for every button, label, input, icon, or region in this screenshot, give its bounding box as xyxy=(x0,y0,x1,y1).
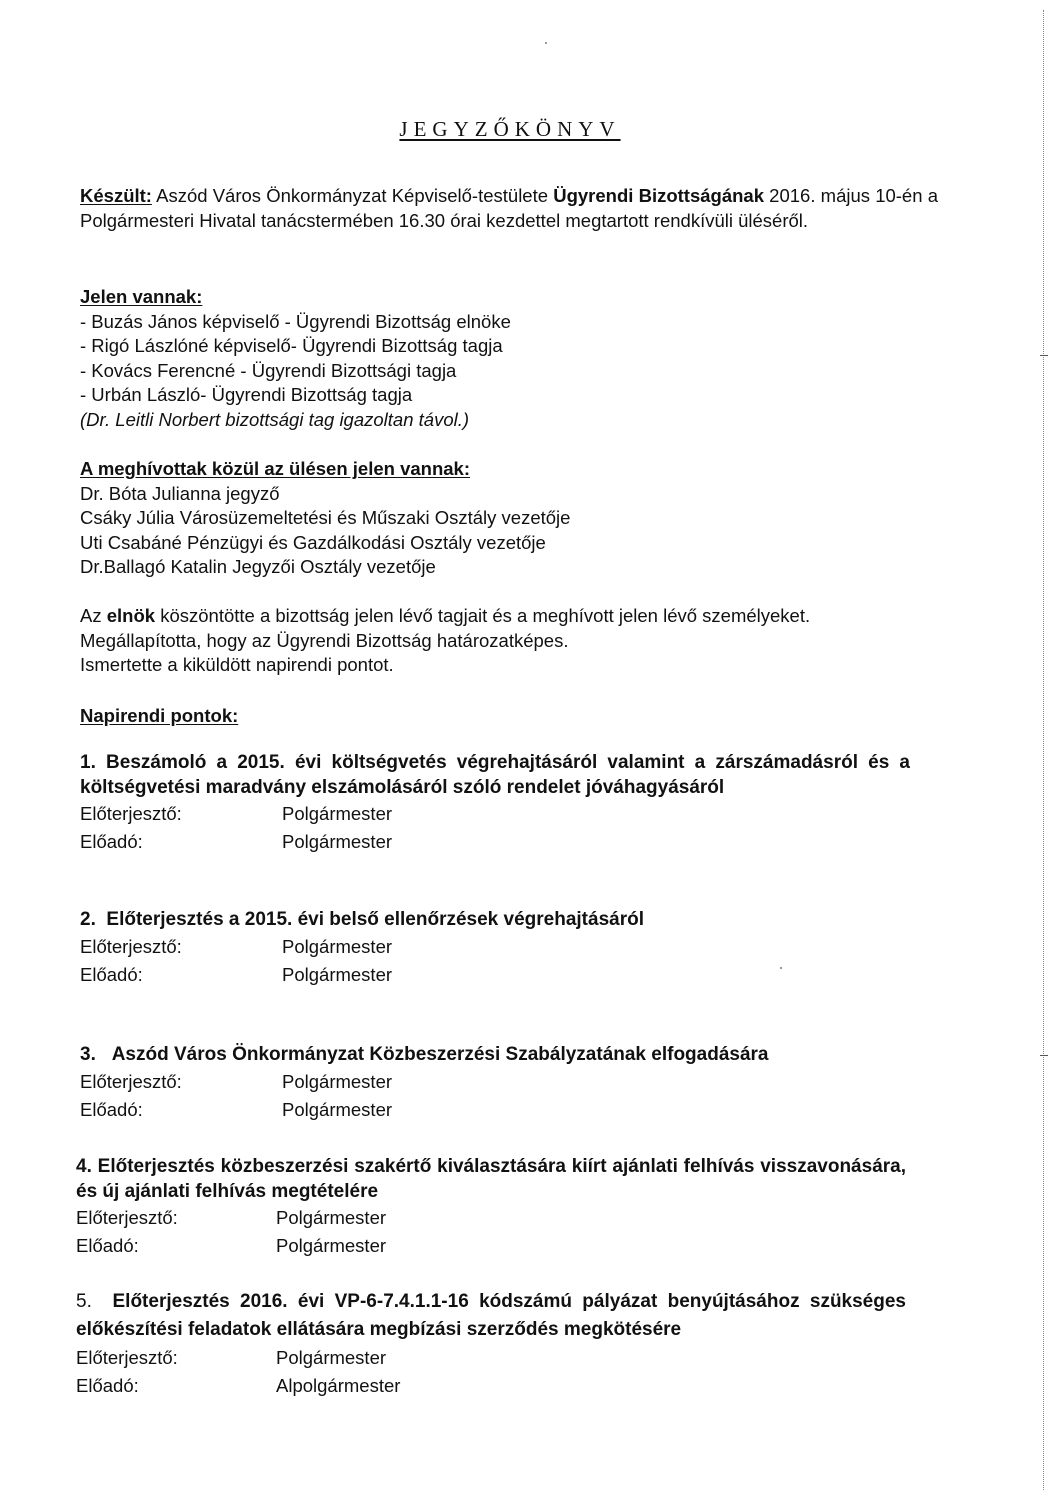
agenda-item-title: 4. Előterjesztés közbeszerzési szakértő … xyxy=(76,1155,906,1204)
presenter-label: Előterjesztő: xyxy=(76,1204,276,1232)
agenda-heading: Napirendi pontok: xyxy=(80,705,238,726)
presenter-value: Polgármester xyxy=(276,1204,386,1232)
invited-person: Uti Csabáné Pénzügyi és Gazdálkodási Osz… xyxy=(80,531,938,556)
opening-text: Az xyxy=(80,605,107,626)
present-member: - Buzás János képviselő - Ügyrendi Bizot… xyxy=(80,310,938,335)
scan-edge-tick xyxy=(1040,1055,1048,1056)
invited-heading: A meghívottak közül az ülésen jelen vann… xyxy=(80,457,470,482)
presenter-value: Polgármester xyxy=(282,1068,392,1096)
scan-edge-tick xyxy=(1040,355,1048,356)
opening-line-1: Az elnök köszöntötte a bizottság jelen l… xyxy=(80,604,938,629)
intro-paragraph: Készült: Aszód Város Önkormányzat Képvis… xyxy=(80,184,938,233)
presenter-value: Polgármester xyxy=(282,800,392,828)
presenter-row: Előterjesztő:Polgármester xyxy=(80,1068,938,1096)
presenter-label: Előterjesztő: xyxy=(80,933,282,961)
speaker-label: Előadó: xyxy=(80,828,282,856)
presenter-value: Polgármester xyxy=(276,1344,386,1372)
speaker-row: Előadó:Polgármester xyxy=(80,828,938,856)
speaker-value: Polgármester xyxy=(282,961,392,989)
opening-line-3: Ismertette a kiküldött napirendi pontot. xyxy=(80,653,938,678)
presenter-row: Előterjesztő:Polgármester xyxy=(76,1204,934,1232)
invited-section: A meghívottak közül az ülésen jelen vann… xyxy=(80,457,938,580)
intro-text-1: Aszód Város Önkormányzat Képviselő-testü… xyxy=(152,185,553,206)
agenda-item-5: 5. Előterjesztés 2016. évi VP-6-7.4.1.1-… xyxy=(76,1288,934,1400)
agenda-item-number: 3. xyxy=(80,1044,96,1065)
absent-note: (Dr. Leitli Norbert bizottsági tag igazo… xyxy=(80,408,938,433)
presenter-row: Előterjesztő:Polgármester xyxy=(80,933,938,961)
document-title: JEGYZŐKÖNYV xyxy=(0,117,1020,142)
speaker-row: Előadó:Alpolgármester xyxy=(76,1372,934,1400)
agenda-item-title: 1. Beszámoló a 2015. évi költségvetés vé… xyxy=(80,751,910,800)
speaker-value: Alpolgármester xyxy=(276,1372,400,1400)
opening-section: Az elnök köszöntötte a bizottság jelen l… xyxy=(80,604,938,678)
agenda-item-3: 3. Aszód Város Önkormányzat Közbeszerzés… xyxy=(80,1043,938,1124)
agenda-item-number: 1. xyxy=(80,752,96,773)
agenda-item-1: 1. Beszámoló a 2015. évi költségvetés vé… xyxy=(80,751,938,856)
agenda-heading-wrap: Napirendi pontok: xyxy=(80,704,938,729)
agenda-item-number: 2. xyxy=(80,909,96,930)
document-page: JEGYZŐKÖNYV Készült: Aszód Város Önkormá… xyxy=(0,0,1060,1497)
agenda-item-text: Előterjesztés a 2015. évi belső ellenőrz… xyxy=(106,909,644,930)
agenda-item-title: 5. Előterjesztés 2016. évi VP-6-7.4.1.1-… xyxy=(76,1288,906,1344)
present-member: - Urbán László- Ügyrendi Bizottság tagja xyxy=(80,383,938,408)
presenter-label: Előterjesztő: xyxy=(76,1344,276,1372)
chair-word: elnök xyxy=(107,605,155,626)
invited-person: Csáky Júlia Városüzemeltetési és Műszaki… xyxy=(80,506,938,531)
agenda-item-text: Előterjesztés közbeszerzési szakértő kiv… xyxy=(76,1156,906,1202)
speaker-row: Előadó:Polgármester xyxy=(80,961,938,989)
present-member: - Rigó Lászlóné képviselő- Ügyrendi Bizo… xyxy=(80,334,938,359)
agenda-item-text: Beszámoló a 2015. évi költségvetés végre… xyxy=(80,752,910,798)
present-member: - Kovács Ferencné - Ügyrendi Bizottsági … xyxy=(80,359,938,384)
presenter-row: Előterjesztő:Polgármester xyxy=(76,1344,934,1372)
speaker-label: Előadó: xyxy=(76,1372,276,1400)
agenda-item-number: 5. xyxy=(76,1291,92,1312)
opening-text: köszöntötte a bizottság jelen lévő tagja… xyxy=(155,605,810,626)
speaker-label: Előadó: xyxy=(76,1232,276,1260)
agenda-item-text: Előterjesztés 2016. évi VP-6-7.4.1.1-16 … xyxy=(76,1291,906,1340)
speaker-label: Előadó: xyxy=(80,961,282,989)
speaker-value: Polgármester xyxy=(282,1096,392,1124)
speaker-value: Polgármester xyxy=(276,1232,386,1260)
agenda-item-title: 2. Előterjesztés a 2015. évi belső ellen… xyxy=(80,908,910,933)
invited-person: Dr.Ballagó Katalin Jegyzői Osztály vezet… xyxy=(80,555,938,580)
scan-speck xyxy=(780,967,782,969)
scan-edge-line xyxy=(1043,10,1044,1490)
present-heading: Jelen vannak: xyxy=(80,285,202,310)
presenter-value: Polgármester xyxy=(282,933,392,961)
agenda-item-2: 2. Előterjesztés a 2015. évi belső ellen… xyxy=(80,908,938,989)
agenda-item-number: 4. xyxy=(76,1156,92,1177)
scan-speck xyxy=(545,42,547,44)
presenter-label: Előterjesztő: xyxy=(80,800,282,828)
invited-person: Dr. Bóta Julianna jegyző xyxy=(80,482,938,507)
present-section: Jelen vannak: - Buzás János képviselő - … xyxy=(80,285,938,432)
presenter-row: Előterjesztő:Polgármester xyxy=(80,800,938,828)
speaker-value: Polgármester xyxy=(282,828,392,856)
agenda-item-text: Aszód Város Önkormányzat Közbeszerzési S… xyxy=(112,1044,769,1065)
speaker-row: Előadó:Polgármester xyxy=(76,1232,934,1260)
speaker-row: Előadó:Polgármester xyxy=(80,1096,938,1124)
agenda-item-4: 4. Előterjesztés közbeszerzési szakértő … xyxy=(76,1155,934,1260)
intro-committee: Ügyrendi Bizottságának xyxy=(553,185,764,206)
speaker-label: Előadó: xyxy=(80,1096,282,1124)
intro-label: Készült: xyxy=(80,185,152,206)
presenter-label: Előterjesztő: xyxy=(80,1068,282,1096)
opening-line-2: Megállapította, hogy az Ügyrendi Bizotts… xyxy=(80,629,938,654)
agenda-item-title: 3. Aszód Város Önkormányzat Közbeszerzés… xyxy=(80,1043,910,1068)
